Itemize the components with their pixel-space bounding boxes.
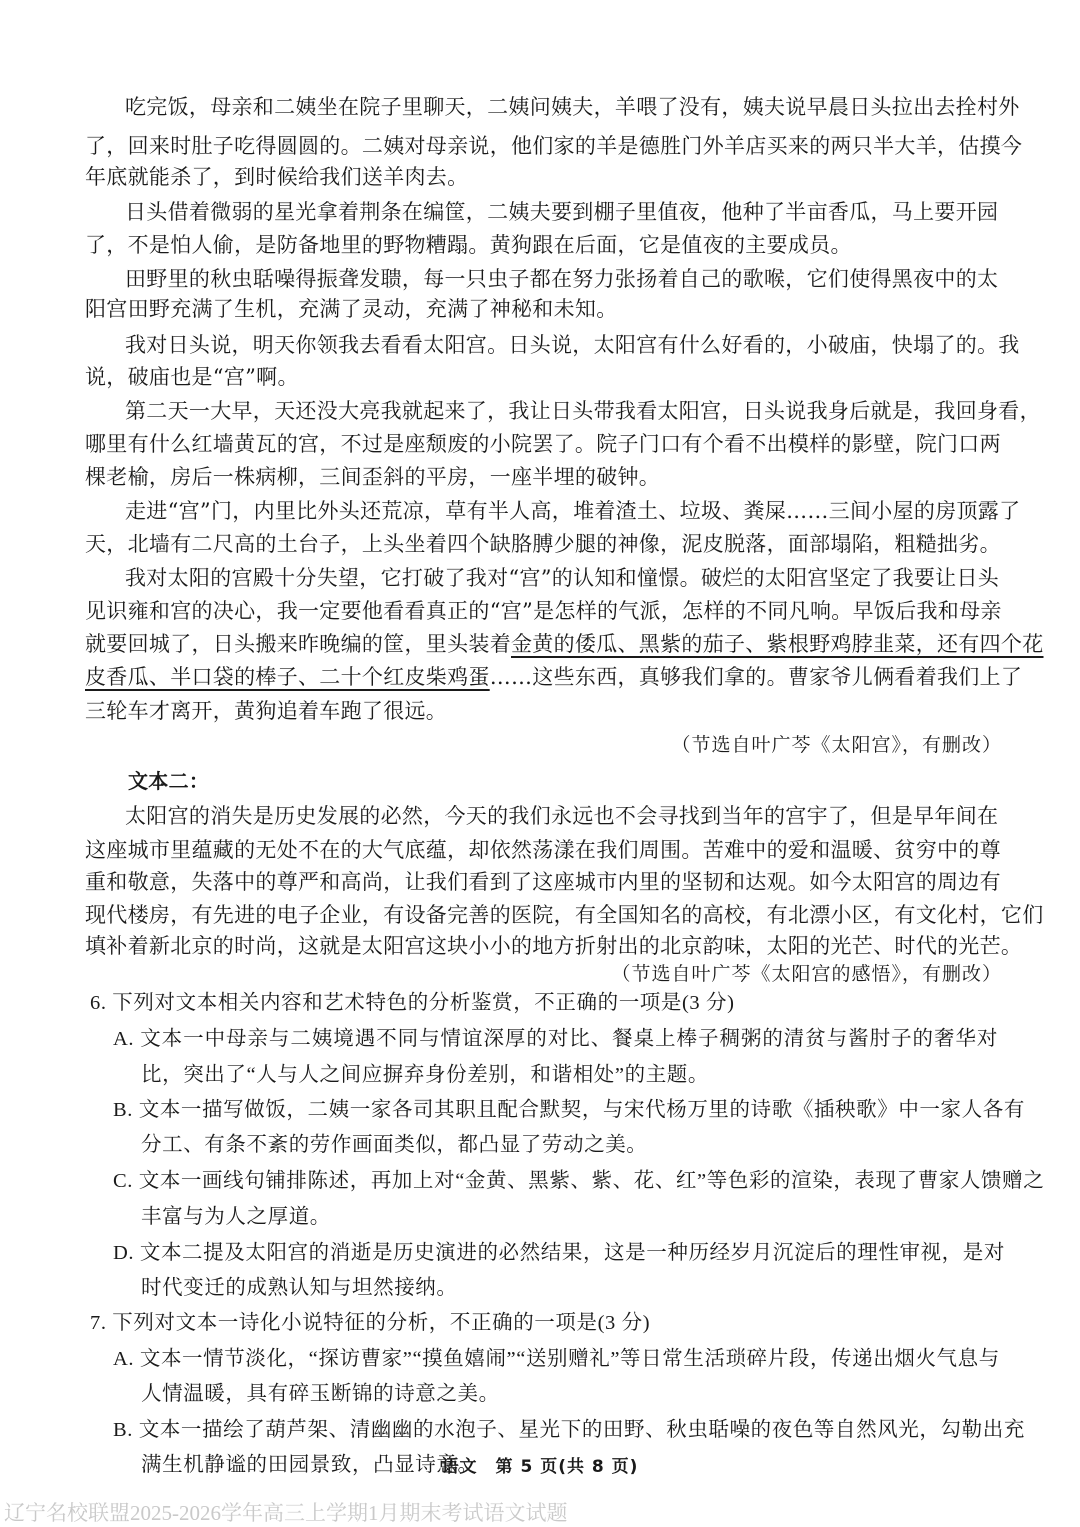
underlined-sentence: 金黄的倭瓜、黑紫的茄子、紫根野鸡脖韭菜，还有四个花 [511, 632, 1044, 656]
option-c: C. 文本一画线句铺排陈述，再加上对“金黄、黑紫、紫、花、红”等色彩的渲染，表现… [113, 1168, 998, 1194]
passage-line: 了，不是怕人偷，是防备地里的野物糟蹋。黄狗跟在后面，它是值夜的主要成员。 [85, 232, 1000, 258]
passage-line: 年底就能杀了，到时候给我们送羊肉去。 [85, 164, 1000, 190]
passage-line: 这座城市里蕴藏的无处不在的大气底蕴，却依然荡漾在我们周围。苦难中的爱和温暖、贫穷… [85, 837, 1000, 863]
passage-line: 见识雍和宫的决心，我一定要他看看真正的“宫”是怎样的气派，怎样的不同凡响。早饭后… [85, 598, 1000, 624]
passage-line: 了，回来时肚子吃得圆圆的。二姨对母亲说，他们家的羊是德胜门外羊店买来的两只半大羊… [85, 133, 1000, 159]
passage-line: 棵老榆，房后一株病柳，三间歪斜的平房，一座半埋的破钟。 [85, 464, 1000, 490]
passage-text: 就要回城了，日头搬来昨晚编的筐，里头装着 [85, 632, 511, 656]
option-a: A. 文本一情节淡化，“探访曹家”“摸鱼嬉闹”“送别赠礼”等日常生活琐碎片段，传… [113, 1346, 998, 1372]
question-stem: 7. 下列对文本一诗化小说特征的分析，不正确的一项是(3 分) [90, 1310, 650, 1336]
option-a: A. 文本一中母亲与二姨境遇不同与情谊深厚的对比、餐桌上棒子稠粥的清贫与酱肘子的… [113, 1026, 998, 1052]
passage-line: 哪里有什么红墙黄瓦的宫，不过是座颓废的小院罢了。院子门口有个看不出模样的影壁，院… [85, 431, 1000, 457]
passage-line: 天，北墙有二尺高的土台子，上头坐着四个缺胳膊少腿的神像，泥皮脱落，面部塌陷，粗糙… [85, 531, 1000, 557]
question-stem: 6. 下列对文本相关内容和艺术特色的分析鉴赏，不正确的一项是(3 分) [90, 990, 735, 1016]
page-footer: 语文 第 5 页(共 8 页) [0, 1452, 1080, 1477]
passage-text: 我对太阳的宫殿十分失望，它打破了我对“宫”的认知和憧憬。破烂的太阳宫坚定了我要让… [125, 566, 999, 590]
source-citation: （节选自叶广芩《太阳宫的感悟》，有删改） [611, 961, 1002, 987]
passage-line: 阳宫田野充满了生机，充满了灵动，充满了神秘和未知。 [85, 296, 1000, 322]
option-b-cont: 分工、有条不紊的劳作画面类似，都凸显了劳动之美。 [141, 1132, 647, 1158]
passage-line: 填补着新北京的时尚，这就是太阳宫这块小小的地方折射出的北京韵味，太阳的光芒、时代… [85, 933, 1000, 959]
option-b: B. 文本一描绘了葫芦架、清幽幽的水泡子、星光下的田野、秋虫聒噪的夜色等自然风光… [113, 1417, 998, 1443]
section-heading: 文本二： [128, 768, 209, 794]
passage-line: 说，破庙也是“宫”啊。 [85, 364, 1000, 390]
passage-line: 吃完饭，母亲和二姨坐在院子里聊天，二姨问姨夫，羊喂了没有，姨夫说早晨日头拉出去拴… [125, 94, 1000, 120]
passage-line: 走进“宫”门，内里比外头还荒凉，草有半人高，堆着渣土、垃圾、粪屎……三间小屋的房… [125, 498, 1000, 524]
passage-line: 三轮车才离开，黄狗追着车跑了很远。 [85, 698, 1000, 724]
passage-line: 田野里的秋虫聒噪得振聋发聩，每一只虫子都在努力张扬着自己的歌喉，它们使得黑夜中的… [125, 266, 1000, 292]
source-citation: （节选自叶广芩《太阳宫》，有删改） [671, 732, 1002, 758]
passage-line: 我对太阳的宫殿十分失望，它打破了我对“宫”的认知和憧憬。破烂的太阳宫坚定了我要让… [125, 565, 1000, 591]
option-a-cont: 人情温暖，具有碎玉断锦的诗意之美。 [141, 1381, 500, 1407]
passage-line: 皮香瓜、半口袋的棒子、二十个红皮柴鸡蛋……这些东西，真够我们拿的。曹家爷儿俩看着… [85, 664, 1000, 690]
passage-line: 就要回城了，日头搬来昨晚编的筐，里头装着金黄的倭瓜、黑紫的茄子、紫根野鸡脖韭菜，… [85, 631, 1000, 657]
watermark-text: 辽宁名校联盟2025-2026学年高三上学期1月期末考试语文试题 [4, 1497, 568, 1527]
passage-line: 重和敬意，失落中的尊严和高尚，让我们看到了这座城市内里的坚韧和达观。如今太阳宫的… [85, 869, 1000, 895]
underlined-sentence: 皮香瓜、半口袋的棒子、二十个红皮柴鸡蛋 [85, 665, 490, 689]
option-d-cont: 时代变迁的成熟认知与坦然接纳。 [141, 1275, 458, 1301]
passage-text: ……这些东西，真够我们拿的。曹家爷儿俩看着我们上了 [490, 665, 1023, 689]
passage-line: 日头借着微弱的星光拿着荆条在编筐，二姨夫要到棚子里值夜，他种了半亩香瓜，马上要开… [125, 199, 1000, 225]
passage-line: 第二天一大早，天还没大亮我就起来了，我让日头带我看太阳宫，日头说我身后就是，我回… [125, 398, 1000, 424]
option-c-cont: 丰富与为人之厚道。 [141, 1204, 331, 1230]
option-d: D. 文本二提及太阳宫的消逝是历史演进的必然结果，这是一种历经岁月沉淀后的理性审… [113, 1240, 998, 1266]
option-a-cont: 比，突出了“人与人之间应摒弃身份差别，和谐相处”的主题。 [141, 1062, 709, 1088]
passage-text: 三轮车才离开，黄狗追着车跑了很远。 [85, 699, 447, 723]
passage-text: 见识雍和宫的决心，我一定要他看看真正的“宫”是怎样的气派，怎样的不同凡响。早饭后… [85, 599, 1002, 623]
passage-line: 太阳宫的消失是历史发展的必然，今天的我们永远也不会寻找到当年的宫宇了，但是早年间… [125, 803, 1000, 829]
option-b: B. 文本一描写做饭，二姨一家各司其职且配合默契，与宋代杨万里的诗歌《插秧歌》中… [113, 1097, 998, 1123]
passage-line: 现代楼房，有先进的电子企业，有设备完善的医院，有全国知名的高校，有北漂小区，有文… [85, 902, 1000, 928]
passage-line: 我对日头说，明天你领我去看看太阳宫。日头说，太阳宫有什么好看的，小破庙，快塌了的… [125, 332, 1000, 358]
